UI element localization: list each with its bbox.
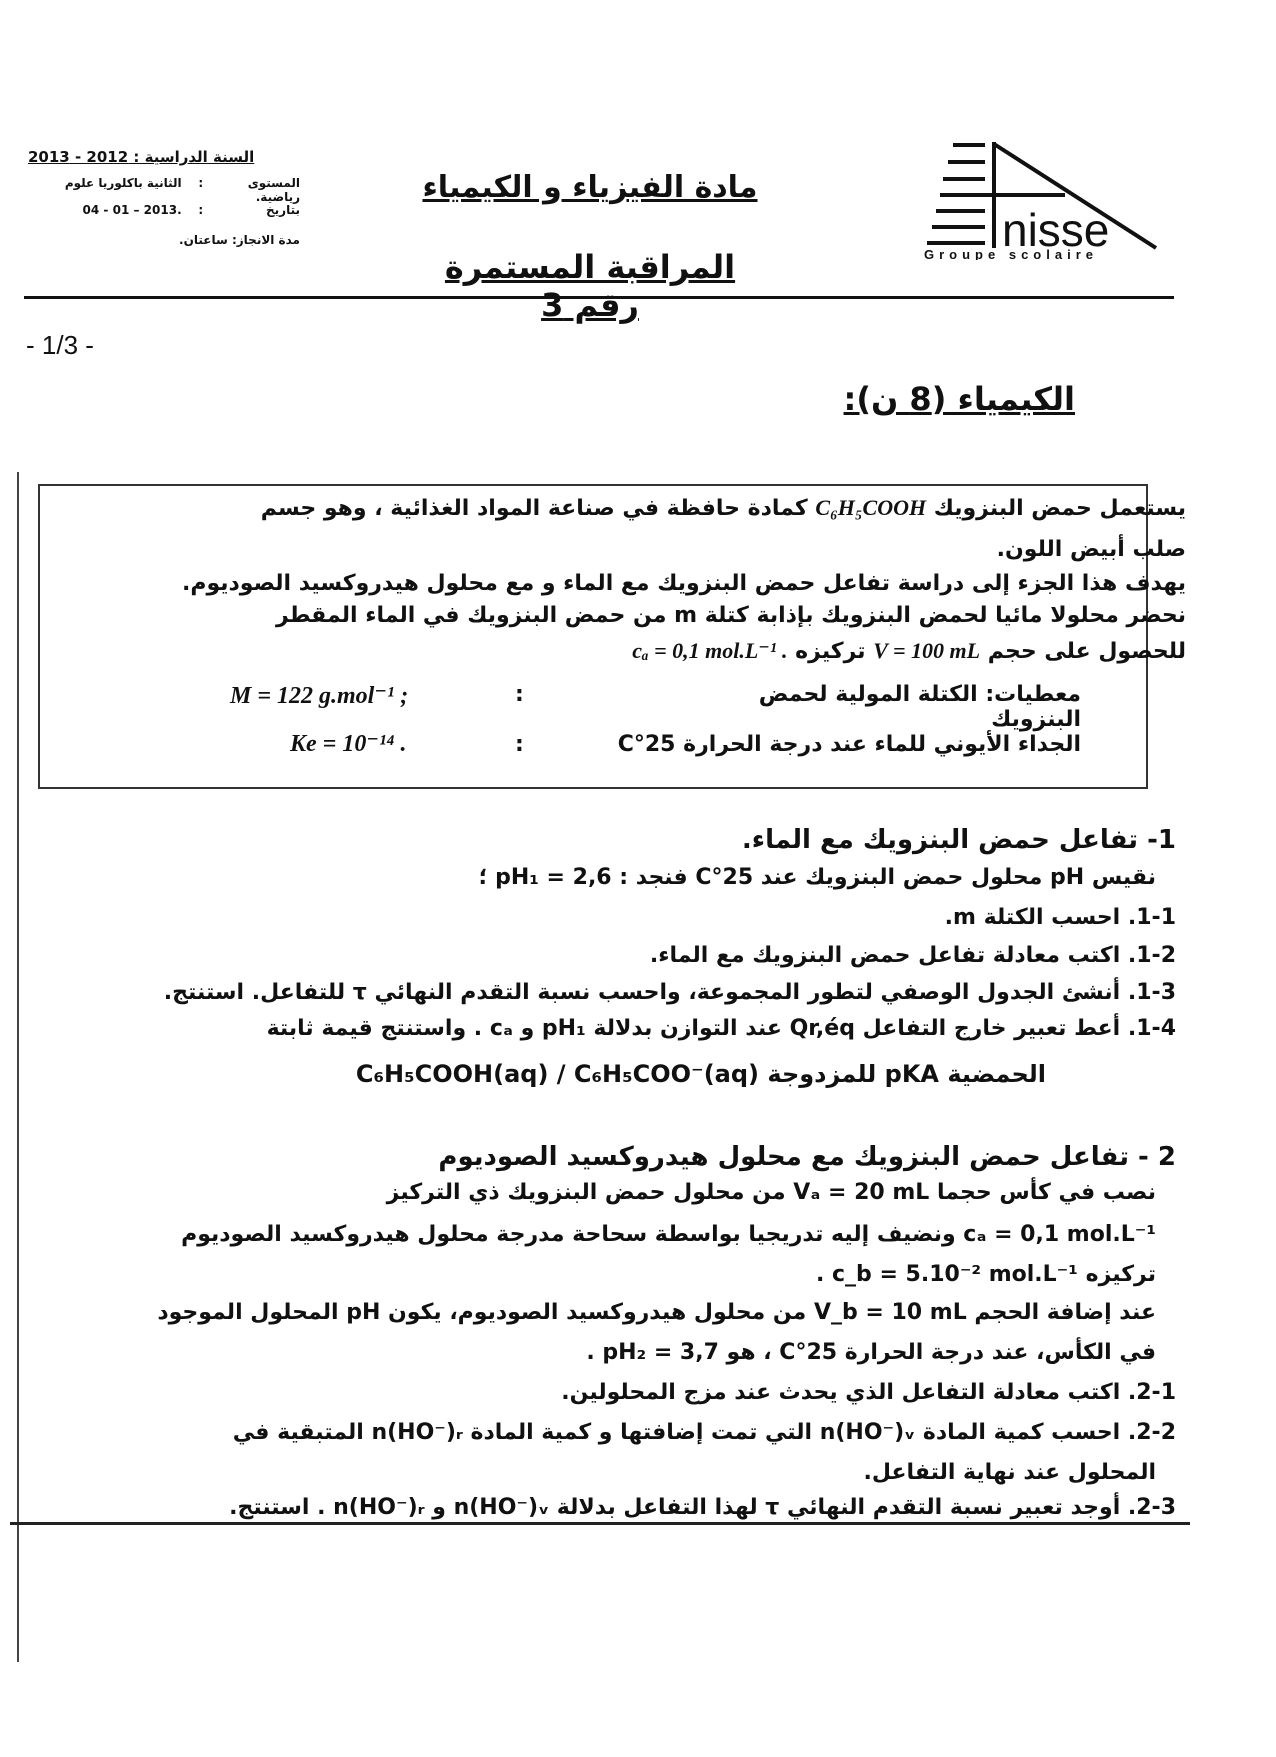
question-1-2: 1-2. اكتب معادلة تفاعل حمض البنزويك مع ا… <box>146 943 1176 968</box>
intro-line-1: يستعمل حمض البنزويك C₆H₅COOH كمادة حافظة… <box>176 495 1186 521</box>
formula: C₆H₅COOH <box>815 495 926 520</box>
part1-intro: نقيس pH محلول حمض البنزويك عند 25°C فنجد… <box>126 865 1156 890</box>
intro-text: كمادة حافظة في صناعة المواد الغذائية ، و… <box>261 496 808 521</box>
duration-value: ساعتان. <box>179 233 228 247</box>
part2-text-4: عند إضافة الحجم V_b = 10 mL من محلول هيد… <box>126 1300 1156 1325</box>
colon: : <box>186 176 216 190</box>
question-2-3: 2-3. أوجد تعبير نسبة التقدم النهائي τ له… <box>146 1495 1176 1520</box>
duration-label: مدة الانجاز <box>237 233 300 247</box>
intro-line-5: للحصول على حجم V = 100 mL تركيزه cₐ = 0,… <box>176 638 1186 664</box>
logo-graphic-icon: nisse Groupe scolaire <box>910 130 1160 260</box>
question-2-1: 2-1. اكتب معادلة التفاعل الذي يحدث عند م… <box>146 1380 1176 1405</box>
question-2-2: 2-2. احسب كمية المادة n(HO⁻)ᵥ التي تمت إ… <box>146 1420 1176 1445</box>
date-row: بتاريخ : .2013 – 01 - 04 <box>40 203 300 217</box>
intro-text: يستعمل حمض البنزويك <box>934 496 1186 521</box>
intro-line-3: يهدف هذا الجزء إلى دراسة تفاعل حمض البنز… <box>176 571 1186 596</box>
given-molar-mass-value: M = 122 g.mol⁻¹ ; <box>230 680 408 710</box>
given-ke-value: Ke = 10⁻¹⁴ . <box>290 728 407 758</box>
part2-text-5: في الكأس، عند درجة الحرارة 25°C ، هو pH₂… <box>126 1340 1156 1365</box>
page-number: - 1/3 - <box>26 330 94 361</box>
exam-title: المراقبة المستمرة رقم 3 <box>410 248 770 324</box>
duration-row: مدة الانجاز: ساعتان. <box>40 233 300 247</box>
school-logo: nisse Groupe scolaire <box>910 130 1160 260</box>
header-divider <box>24 296 1174 299</box>
intro-line-4: نحضر محلولا مائيا لحمض البنزويك بإذابة ك… <box>176 603 1186 628</box>
date-label: بتاريخ <box>220 203 300 217</box>
question-1-4: 1-4. أعط تعبير خارج التفاعل Qr,éq عند ال… <box>146 1016 1176 1041</box>
part2-text-1: نصب في كأس حجما Vₐ = 20 mL من محلول حمض … <box>126 1180 1156 1205</box>
question-1-4-cont: الحمضية pKA للمزدوجة C₆H₅COOH(aq) / C₆H₅… <box>16 1060 1046 1088</box>
colon: : <box>186 203 216 217</box>
part2-text-2: cₐ = 0,1 mol.L⁻¹ ونضيف إليه تدريجيا بواس… <box>126 1222 1156 1247</box>
school-year: السنة الدراسية : 2012 - 2013 <box>28 148 328 166</box>
volume-value: V = 100 mL <box>873 638 980 663</box>
colon: : <box>515 732 524 757</box>
intro-text: تركيزه <box>795 639 865 664</box>
given-ke-label: الجداء الأيوني للماء عند درجة الحرارة 25… <box>521 732 1081 757</box>
intro-line-2: صلب أبيض اللون. <box>176 537 1186 562</box>
bottom-divider <box>10 1522 1190 1525</box>
concentration-value: cₐ = 0,1 mol.L⁻¹ . <box>632 638 787 663</box>
part2-text-3: تركيزه c_b = 5.10⁻² mol.L⁻¹ . <box>126 1262 1156 1287</box>
part1-heading: 1- تفاعل حمض البنزويك مع الماء. <box>146 825 1176 855</box>
question-2-2-cont: المحلول عند نهاية التفاعل. <box>126 1460 1156 1485</box>
colon: : <box>515 682 524 707</box>
svg-text:Groupe scolaire: Groupe scolaire <box>924 247 1098 260</box>
date-value: .2013 – 01 - 04 <box>83 203 182 217</box>
colon: : <box>228 233 237 247</box>
question-1-1: 1-1. احسب الكتلة m. <box>146 905 1176 930</box>
part2-heading: 2 - تفاعل حمض البنزويك مع محلول هيدروكسي… <box>146 1142 1176 1172</box>
question-1-3: 1-3. أنشئ الجدول الوصفي لتطور المجموعة، … <box>146 980 1176 1005</box>
level-label: المستوى <box>220 176 300 190</box>
level-row: المستوى : الثانية باكلوريا علوم رياضية. <box>40 176 300 204</box>
subject-title: مادة الفيزياء و الكيمياء <box>420 170 760 205</box>
given-molar-mass-label: معطيات: الكتلة المولية لحمض البنزويك <box>681 682 1081 732</box>
intro-text: للحصول على حجم <box>988 639 1186 664</box>
section-title: الكيمياء (8 ن): <box>760 380 1075 418</box>
